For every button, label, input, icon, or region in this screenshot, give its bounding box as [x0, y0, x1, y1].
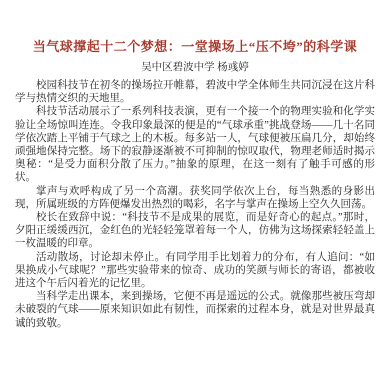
document-body: 校园科技节在初冬的操场拉开帷幕，碧波中学全体师生共同沉浸在这片科学与热情交织的天… — [15, 79, 375, 330]
paragraph-3: 掌声与欢呼构成了另一个高潮。获奖同学依次上台，每当熟悉的身影出现，所属班级的方阵… — [15, 185, 375, 211]
paragraph-4: 校长在致辞中说：“科技节不是成果的展览，而是好奇心的起点。”那时，夕阳正缓缓西沉… — [15, 211, 375, 251]
document-page: 当气球撑起十二个梦想：一堂操场上“压不垮”的科学课 吴中区碧波中学 杨彧婷 校园… — [0, 0, 390, 373]
document-title: 当气球撑起十二个梦想：一堂操场上“压不垮”的科学课 — [15, 38, 375, 55]
paragraph-5: 活动散场，讨论却未停止。有同学用手比划着力的分布，有人追问：“如果换成小气球呢？… — [15, 251, 375, 291]
paragraph-1: 校园科技节在初冬的操场拉开帷幕，碧波中学全体师生共同沉浸在这片科学与热情交织的天… — [15, 79, 375, 105]
paragraph-6: 当科学走出课本，来到操场，它便不再是遥远的公式。就像那些被压弯却未破裂的气球——… — [15, 290, 375, 330]
paragraph-2: 科技节活动展示了一系列科技表演，更有一个接一个的物理实验和化学实验让全场惊叫连连… — [15, 105, 375, 184]
document-byline: 吴中区碧波中学 杨彧婷 — [15, 61, 375, 74]
